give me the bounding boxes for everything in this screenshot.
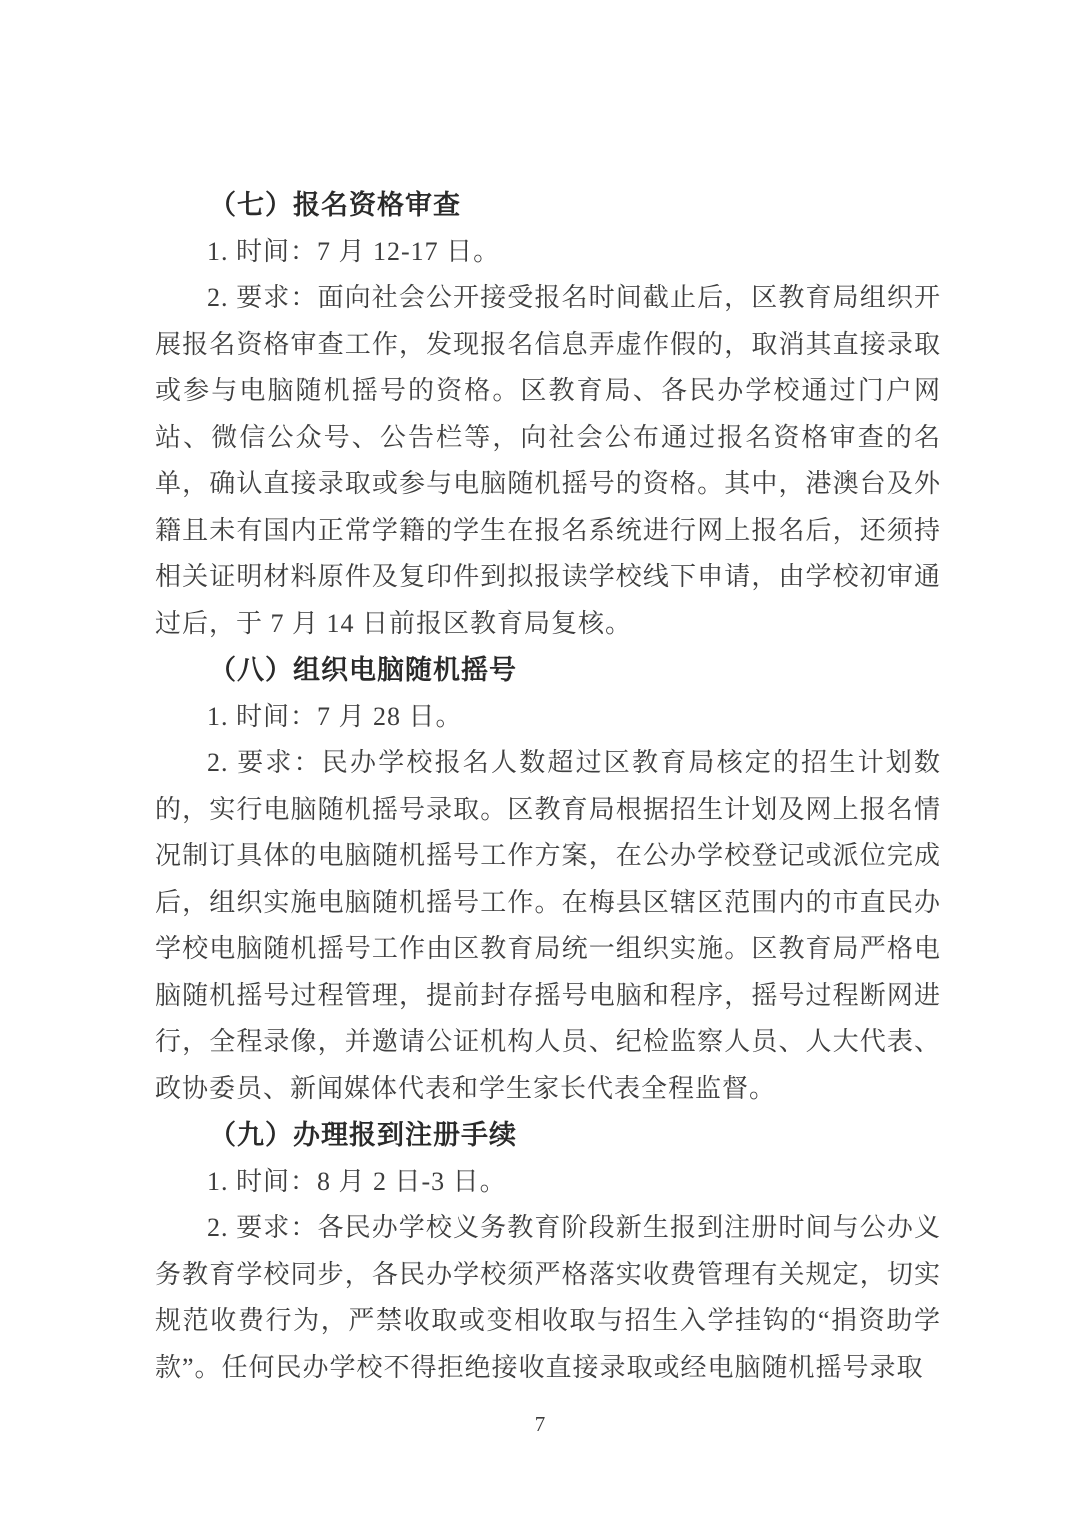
document-page: （七）报名资格审查 1. 时间：7 月 12-17 日。 2. 要求：面向社会公…	[0, 0, 1080, 1527]
section-heading: （八）组织电脑随机摇号	[155, 647, 941, 694]
paragraph-time: 1. 时间：8 月 2 日-3 日。	[155, 1159, 941, 1206]
paragraph-time: 1. 时间：7 月 28 日。	[155, 694, 941, 741]
section-computer-random-lottery: （八）组织电脑随机摇号 1. 时间：7 月 28 日。 2. 要求：民办学校报名…	[155, 647, 941, 1112]
page-number: 7	[535, 1412, 546, 1436]
section-enrollment-registration: （九）办理报到注册手续 1. 时间：8 月 2 日-3 日。 2. 要求：各民办…	[155, 1112, 941, 1391]
document-content: （七）报名资格审查 1. 时间：7 月 12-17 日。 2. 要求：面向社会公…	[155, 182, 941, 1391]
paragraph-requirements: 2. 要求：民办学校报名人数超过区教育局核定的招生计划数的，实行电脑随机摇号录取…	[155, 740, 941, 1112]
section-heading: （七）报名资格审查	[155, 182, 941, 229]
paragraph-requirements: 2. 要求：各民办学校义务教育阶段新生报到注册时间与公办义务教育学校同步，各民办…	[155, 1205, 941, 1391]
page-footer: 7	[0, 1412, 1080, 1437]
section-heading: （九）办理报到注册手续	[155, 1112, 941, 1159]
section-registration-qualification-review: （七）报名资格审查 1. 时间：7 月 12-17 日。 2. 要求：面向社会公…	[155, 182, 941, 647]
paragraph-time: 1. 时间：7 月 12-17 日。	[155, 229, 941, 276]
paragraph-requirements: 2. 要求：面向社会公开接受报名时间截止后，区教育局组织开展报名资格审查工作，发…	[155, 275, 941, 647]
